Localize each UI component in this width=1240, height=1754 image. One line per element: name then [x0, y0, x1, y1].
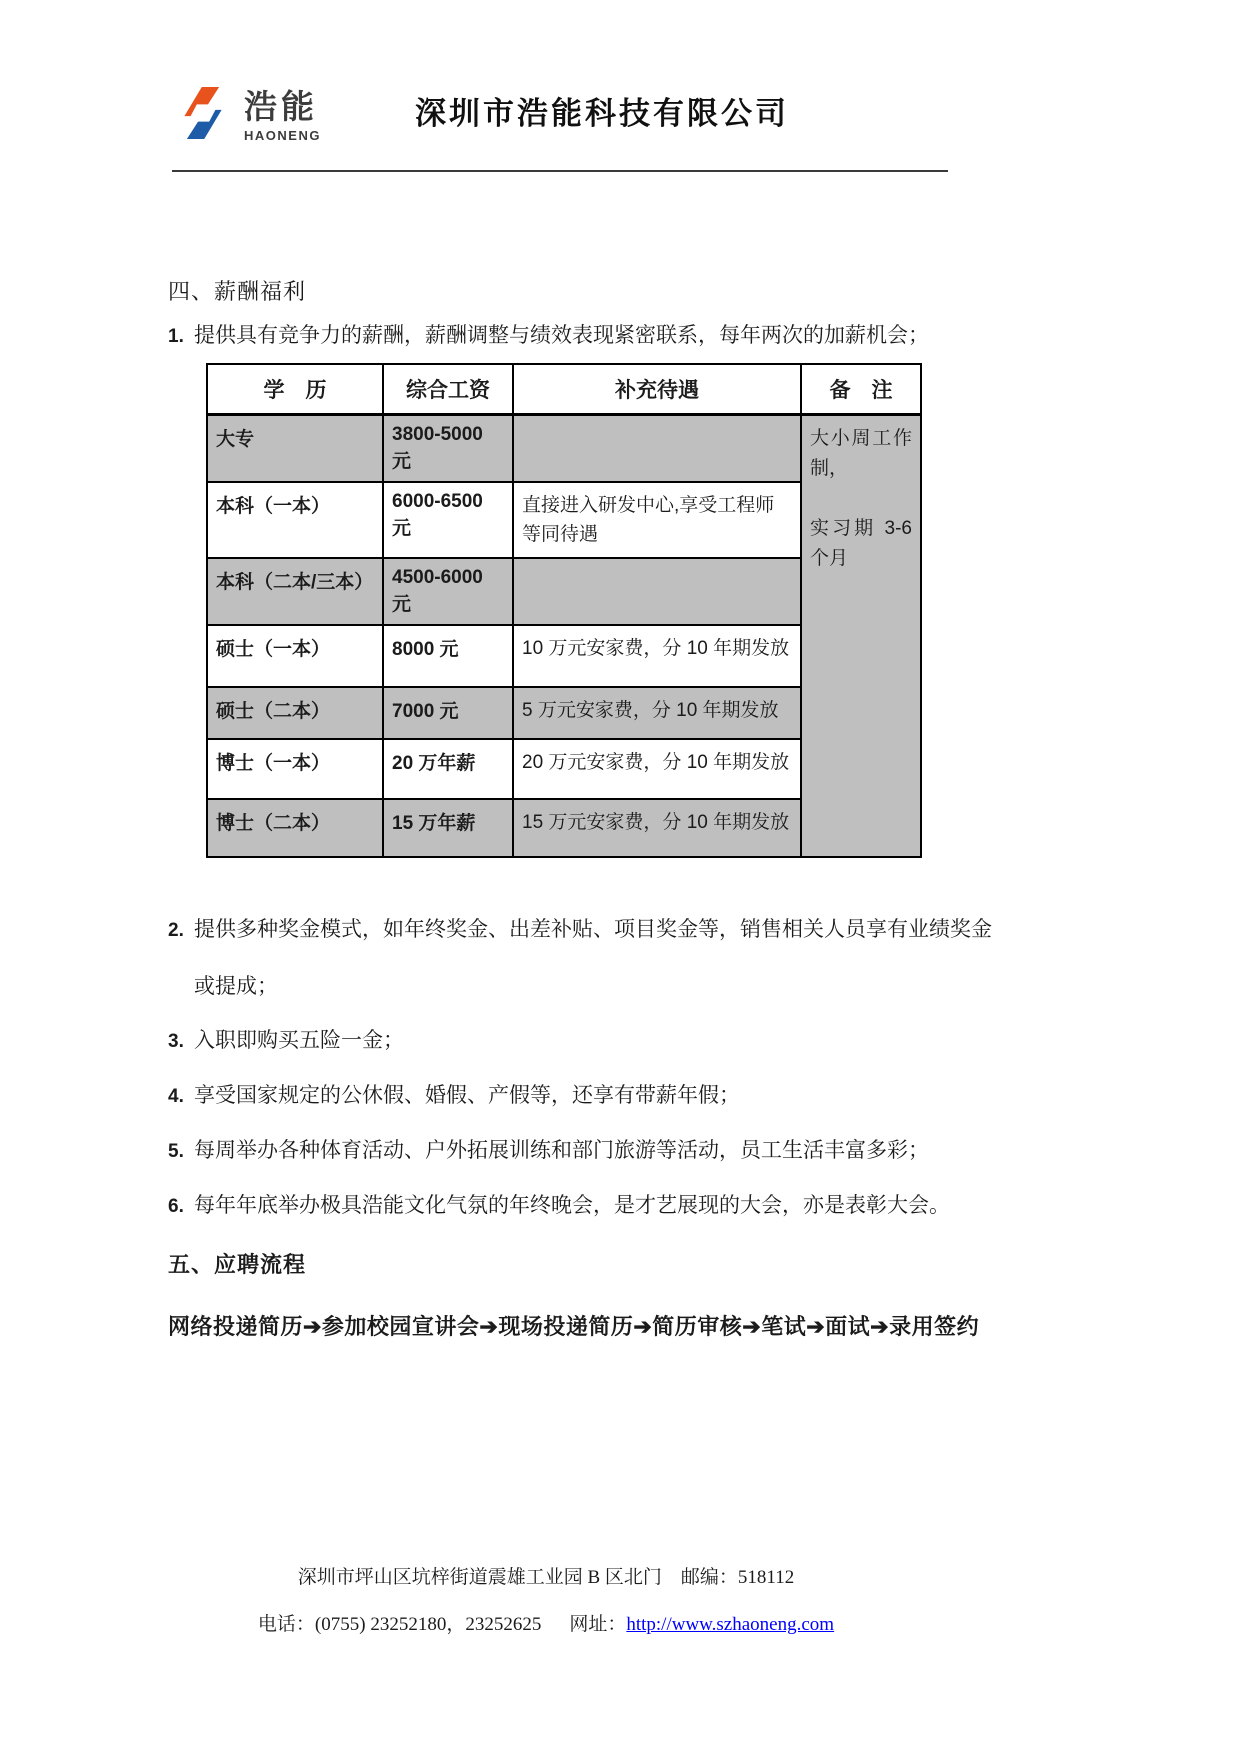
content: 四、薪酬福利 1. 提供具有竞争力的薪酬，薪酬调整与绩效表现紧密联系，每年两次的… — [0, 275, 1240, 1341]
extra-cell — [513, 414, 801, 482]
extra-cell — [513, 558, 801, 625]
list-number: 5. — [168, 1136, 194, 1166]
list-text: 每周举办各种体育活动、户外拓展训练和部门旅游等活动，员工生活丰富多彩； — [194, 1136, 929, 1166]
list-item-6: 6. 每年年底举办极具浩能文化气氛的年终晚会，是才艺展现的大会，亦是表彰大会。 — [168, 1191, 1090, 1221]
remark-cell: 大小周工作制， 实习期 3-6 个月 — [801, 414, 921, 857]
salary-cell: 7000 元 — [383, 687, 513, 739]
document-page: 浩能 HAONENG 深圳市浩能科技有限公司 四、薪酬福利 1. 提供具有竞争力… — [0, 0, 1240, 1754]
degree-cell: 硕士（二本） — [207, 687, 383, 739]
logo-name-en: HAONENG — [244, 128, 321, 143]
footer-phone: 电话：(0755) 23252180，23252625 — [258, 1614, 541, 1635]
list-item-2: 2. 提供多种奖金模式，如年终奖金、出差补贴、项目奖金等，销售相关人员享有业绩奖… — [168, 915, 1090, 1001]
remark-line1: 大小周工作制， — [810, 424, 912, 484]
salary-cell: 6000-6500 元 — [383, 482, 513, 558]
col-header-extra: 补充待遇 — [513, 364, 801, 414]
process-flow: 网络投递简历➔参加校园宣讲会➔现场投递简历➔简历审核➔笔试➔面试➔录用签约 — [168, 1310, 1090, 1341]
extra-cell: 10 万元安家费，分 10 年期发放 — [513, 625, 801, 687]
list-item-1: 1. 提供具有竞争力的薪酬，薪酬调整与绩效表现紧密联系，每年两次的加薪机会； — [168, 321, 1090, 351]
list-number: 4. — [168, 1081, 194, 1111]
company-title: 深圳市浩能科技有限公司 — [415, 88, 789, 133]
remark-line2: 实习期 3-6 个月 — [810, 514, 912, 574]
extra-cell: 20 万元安家费，分 10 年期发放 — [513, 739, 801, 799]
degree-cell: 博士（一本） — [207, 739, 383, 799]
col-header-remark: 备 注 — [801, 364, 921, 414]
list-item-3: 3. 入职即购买五险一金； — [168, 1026, 1090, 1056]
salary-cell: 15 万年薪 — [383, 799, 513, 857]
table-row: 大专 3800-5000 元 大小周工作制， 实习期 3-6 个月 — [207, 414, 921, 482]
footer-website-label: 网址： — [569, 1614, 626, 1635]
footer-contact: 电话：(0755) 23252180，23252625网址：http://www… — [0, 1609, 1092, 1636]
list-number: 2. — [168, 915, 194, 1001]
degree-cell: 大专 — [207, 414, 383, 482]
haoneng-logo-icon — [172, 76, 234, 150]
header: 浩能 HAONENG 深圳市浩能科技有限公司 — [0, 0, 1240, 150]
salary-cell: 20 万年薪 — [383, 739, 513, 799]
website-link[interactable]: http://www.szhaoneng.com — [626, 1614, 834, 1635]
section-title-salary: 四、薪酬福利 — [168, 275, 1090, 306]
list-number: 6. — [168, 1191, 194, 1221]
section-title-process: 五、应聘流程 — [168, 1248, 1090, 1279]
list-text-line1: 提供多种奖金模式，如年终奖金、出差补贴、项目奖金等，销售相关人员享有业绩奖金 — [194, 915, 992, 944]
degree-cell: 博士（二本） — [207, 799, 383, 857]
col-header-degree: 学 历 — [207, 364, 383, 414]
list-text: 享受国家规定的公休假、婚假、产假等，还享有带薪年假； — [194, 1081, 740, 1111]
list-text-line2: 或提成； — [194, 972, 992, 1001]
salary-cell: 8000 元 — [383, 625, 513, 687]
list-item-5: 5. 每周举办各种体育活动、户外拓展训练和部门旅游等活动，员工生活丰富多彩； — [168, 1136, 1090, 1166]
list-text: 提供具有竞争力的薪酬，薪酬调整与绩效表现紧密联系，每年两次的加薪机会； — [194, 321, 929, 351]
table-header-row: 学 历 综合工资 补充待遇 备 注 — [207, 364, 921, 414]
list-text: 入职即购买五险一金； — [194, 1026, 404, 1056]
degree-cell: 硕士（一本） — [207, 625, 383, 687]
list-text: 每年年底举办极具浩能文化气氛的年终晚会，是才艺展现的大会，亦是表彰大会。 — [194, 1191, 950, 1221]
col-header-salary: 综合工资 — [383, 364, 513, 414]
extra-cell: 15 万元安家费，分 10 年期发放 — [513, 799, 801, 857]
degree-cell: 本科（一本） — [207, 482, 383, 558]
list-item-4: 4. 享受国家规定的公休假、婚假、产假等，还享有带薪年假； — [168, 1081, 1090, 1111]
logo-text: 浩能 HAONENG — [244, 90, 321, 143]
footer: 深圳市坪山区坑梓街道震雄工业园 B 区北门 邮编：518112 电话：(0755… — [0, 1562, 1092, 1636]
salary-cell: 4500-6000 元 — [383, 558, 513, 625]
benefits-list: 2. 提供多种奖金模式，如年终奖金、出差补贴、项目奖金等，销售相关人员享有业绩奖… — [168, 915, 1090, 1221]
salary-table: 学 历 综合工资 补充待遇 备 注 大专 3800-5000 元 大小周工作制，… — [206, 363, 922, 858]
list-number: 3. — [168, 1026, 194, 1056]
list-text: 提供多种奖金模式，如年终奖金、出差补贴、项目奖金等，销售相关人员享有业绩奖金 或… — [194, 915, 992, 1001]
footer-address: 深圳市坪山区坑梓街道震雄工业园 B 区北门 邮编：518112 — [0, 1562, 1092, 1589]
extra-cell: 直接进入研发中心,享受工程师等同待遇 — [513, 482, 801, 558]
degree-cell: 本科（二本/三本） — [207, 558, 383, 625]
salary-cell: 3800-5000 元 — [383, 414, 513, 482]
logo-name-cn: 浩能 — [244, 90, 321, 125]
extra-cell: 5 万元安家费，分 10 年期发放 — [513, 687, 801, 739]
list-number: 1. — [168, 321, 194, 351]
company-logo: 浩能 HAONENG — [172, 76, 321, 150]
header-divider — [172, 170, 948, 172]
